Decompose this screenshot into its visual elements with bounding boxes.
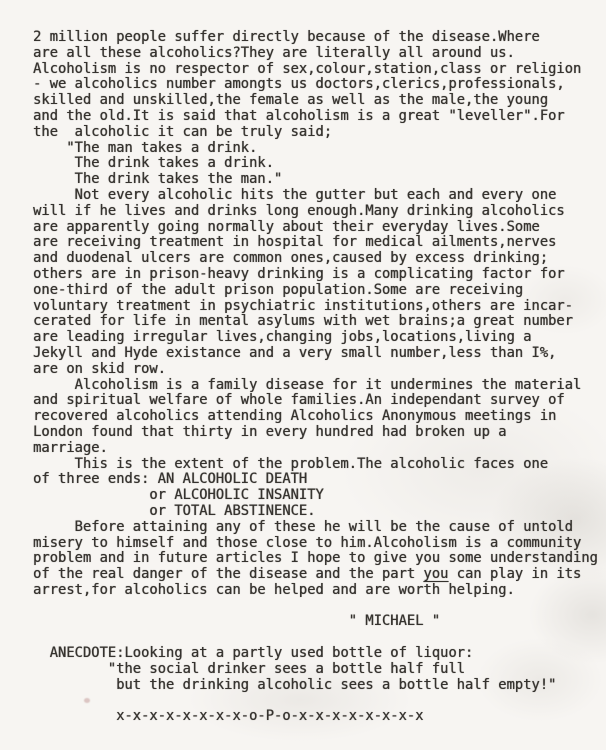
text-line: problem and in future articles I hope to…: [33, 551, 598, 567]
text-line: [33, 693, 598, 709]
text-line: are leading irregular lives,changing job…: [33, 330, 598, 346]
text-segment: arrest,for alcoholics can be helped and …: [33, 582, 515, 598]
text-segment: "the social drinker sees a bottle half f…: [33, 661, 465, 677]
text-line: "The man takes a drink.: [33, 141, 598, 157]
text-segment: and spiritual welfare of whole families.…: [33, 392, 565, 408]
text-line: "the social drinker sees a bottle half f…: [33, 662, 598, 678]
text-segment: one-third of the adult prison population…: [33, 282, 523, 298]
text-segment: 2 million people suffer directly because…: [33, 29, 540, 45]
text-segment: skilled and unskilled,the female as well…: [33, 92, 548, 108]
text-segment: This is the extent of the problem.The al…: [33, 456, 548, 472]
text-line: x-x-x-x-x-x-x-x-o-P-o-x-x-x-x-x-x-x-x: [33, 709, 598, 725]
text-line: arrest,for alcoholics can be helped and …: [33, 583, 598, 599]
underlined-word: you: [423, 566, 448, 582]
text-line: or TOTAL ABSTINENCE.: [33, 504, 598, 520]
text-segment: " MICHAEL ": [33, 613, 440, 629]
text-line: The drink takes the man.": [33, 172, 598, 188]
text-line: or ALCOHOLIC INSANITY: [33, 488, 598, 504]
text-segment: The drink takes the man.": [33, 171, 282, 187]
text-segment: or ALCOHOLIC INSANITY: [33, 487, 324, 503]
text-segment: are all these alcoholics?They are litera…: [33, 45, 515, 61]
text-line: but the drinking alcoholic sees a bottle…: [33, 678, 598, 694]
text-line: Alcoholism is a family disease for it un…: [33, 378, 598, 394]
text-segment: and duodenal ulcers are common ones,caus…: [33, 250, 548, 266]
text-segment: ANECDOTE:Looking at a partly used bottle…: [33, 645, 473, 661]
text-line: The drink takes a drink.: [33, 156, 598, 172]
text-segment: Jekyll and Hyde existance and a very sma…: [33, 345, 556, 361]
text-line: are all these alcoholics?They are litera…: [33, 46, 598, 62]
text-segment: of the real danger of the disease and th…: [33, 566, 423, 582]
text-line: will if he lives and drinks long enough.…: [33, 204, 598, 220]
text-line: of three ends: AN ALCOHOLIC DEATH: [33, 472, 598, 488]
text-segment: others are in prison-heavy drinking is a…: [33, 266, 565, 282]
text-segment: London found that thirty in every hundre…: [33, 424, 506, 440]
text-line: recovered alcoholics attending Alcoholic…: [33, 409, 598, 425]
text-segment: of three ends: AN ALCOHOLIC DEATH: [33, 471, 307, 487]
text-segment: Not every alcoholic hits the gutter but …: [33, 187, 556, 203]
text-line: of the real danger of the disease and th…: [33, 567, 598, 583]
text-line: This is the extent of the problem.The al…: [33, 457, 598, 473]
text-line: others are in prison-heavy drinking is a…: [33, 267, 598, 283]
text-segment: voluntary treatment in psychiatric insti…: [33, 298, 573, 314]
text-line: the alcoholic it can be truly said;: [33, 125, 598, 141]
text-segment: marriage.: [33, 440, 108, 456]
text-segment: are apparently going normally about thei…: [33, 219, 540, 235]
text-segment: or TOTAL ABSTINENCE.: [33, 503, 315, 519]
text-segment: cerated for life in mental asylums with …: [33, 313, 573, 329]
text-line: London found that thirty in every hundre…: [33, 425, 598, 441]
text-segment: but the drinking alcoholic sees a bottle…: [33, 677, 556, 693]
typewritten-page: 2 million people suffer directly because…: [0, 0, 606, 750]
text-line: [33, 630, 598, 646]
text-line: cerated for life in mental asylums with …: [33, 314, 598, 330]
text-line: - we alcoholics number amongts us doctor…: [33, 77, 598, 93]
text-segment: The drink takes a drink.: [33, 155, 274, 171]
text-segment: can play in its: [448, 566, 581, 582]
text-segment: problem and in future articles I hope to…: [33, 550, 598, 566]
text-segment: are leading irregular lives,changing job…: [33, 329, 531, 345]
text-segment: "The man takes a drink.: [33, 140, 257, 156]
text-line: are apparently going normally about thei…: [33, 220, 598, 236]
text-line: Jekyll and Hyde existance and a very sma…: [33, 346, 598, 362]
text-segment: are receiving treatment in hospital for …: [33, 234, 556, 250]
text-line: [33, 599, 598, 615]
text-segment: Before attaining any of these he will be…: [33, 519, 573, 535]
text-segment: and the old.It is said that alcoholism i…: [33, 108, 565, 124]
text-line: and duodenal ulcers are common ones,caus…: [33, 251, 598, 267]
paper-stain: [84, 698, 90, 703]
text-line: skilled and unskilled,the female as well…: [33, 93, 598, 109]
text-line: " MICHAEL ": [33, 614, 598, 630]
text-segment: will if he lives and drinks long enough.…: [33, 203, 565, 219]
text-segment: the alcoholic it can be truly said;: [33, 124, 332, 140]
text-segment: misery to himself and those close to him…: [33, 535, 581, 551]
text-segment: recovered alcoholics attending Alcoholic…: [33, 408, 556, 424]
text-segment: - we alcoholics number amongts us doctor…: [33, 76, 565, 92]
text-segment: x-x-x-x-x-x-x-x-o-P-o-x-x-x-x-x-x-x-x: [33, 708, 423, 724]
text-line: Before attaining any of these he will be…: [33, 520, 598, 536]
text-segment: are on skid row.: [33, 361, 166, 377]
document-body: 2 million people suffer directly because…: [33, 30, 598, 725]
text-line: voluntary treatment in psychiatric insti…: [33, 299, 598, 315]
text-line: 2 million people suffer directly because…: [33, 30, 598, 46]
text-line: ANECDOTE:Looking at a partly used bottle…: [33, 646, 598, 662]
text-line: are on skid row.: [33, 362, 598, 378]
text-segment: Alcoholism is no respector of sex,colour…: [33, 61, 581, 77]
text-line: and spiritual welfare of whole families.…: [33, 393, 598, 409]
text-line: Not every alcoholic hits the gutter but …: [33, 188, 598, 204]
text-line: misery to himself and those close to him…: [33, 536, 598, 552]
text-line: and the old.It is said that alcoholism i…: [33, 109, 598, 125]
text-line: one-third of the adult prison population…: [33, 283, 598, 299]
text-line: are receiving treatment in hospital for …: [33, 235, 598, 251]
text-segment: Alcoholism is a family disease for it un…: [33, 377, 581, 393]
text-line: marriage.: [33, 441, 598, 457]
